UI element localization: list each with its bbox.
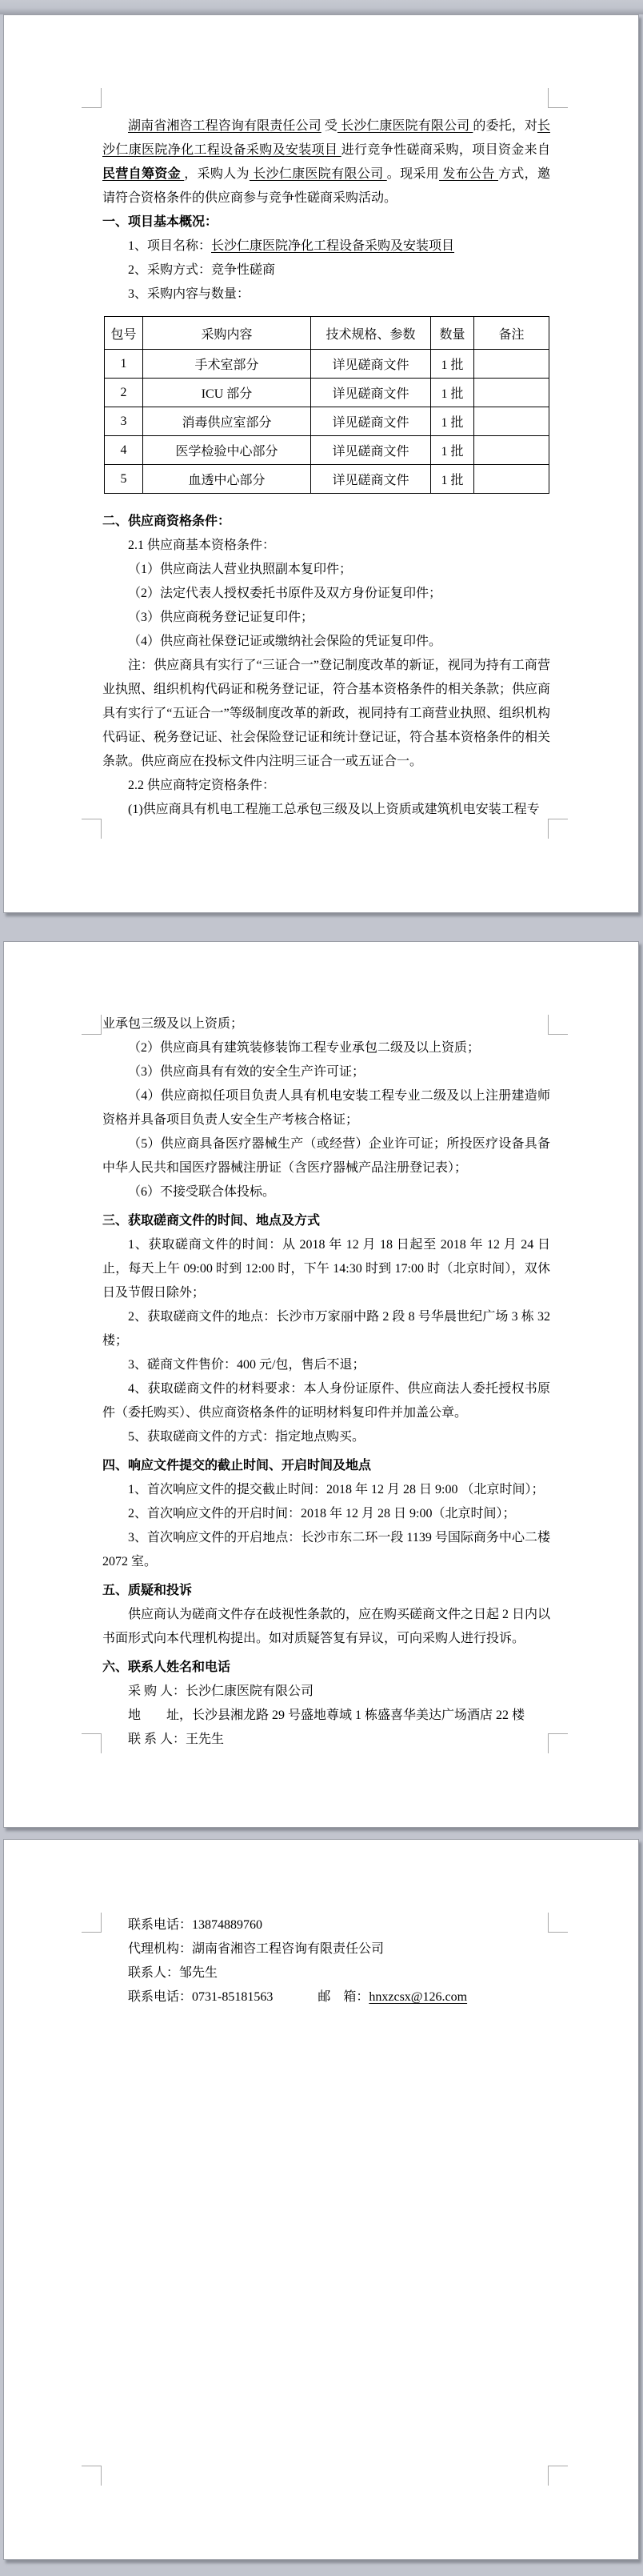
project-name-line: 1、项目名称：长沙仁康医院净化工程设备采购及安装项目: [102, 234, 550, 258]
specific-qualification-item: (1)供应商具有机电工程施工总承包三级及以上资质或建筑机电安装工程专: [102, 798, 550, 822]
section-heading-4: 四、响应文件提交的截止时间、开启时间及地点: [102, 1454, 550, 1478]
cell-package: 3: [105, 407, 143, 436]
procurement-content-line: 3、采购内容与数量：: [102, 282, 550, 306]
purchaser-name: 长沙仁康医院有限公司: [337, 119, 473, 133]
table-row: 2 ICU 部分 详见磋商文件 1 批: [105, 379, 549, 407]
cell-content: 消毒供应室部分: [143, 407, 311, 436]
cell-spec: 详见磋商文件: [311, 465, 431, 494]
document-place-item: 2、获取磋商文件的地点：长沙市万家丽中路 2 段 8 号华晨世纪广场 3 栋 3…: [102, 1305, 550, 1353]
margin-crop-mark: [82, 1733, 102, 1753]
cell-package: 5: [105, 465, 143, 494]
cell-remark: [474, 350, 549, 379]
cell-content: 医学检验中心部分: [143, 436, 311, 465]
specific-qualification-item: （5）供应商具备医疗器械生产（或经营）企业许可证；所投医疗设备具备中华人民共和国…: [102, 1132, 550, 1180]
margin-crop-mark: [548, 2466, 568, 2486]
cell-qty: 1 批: [431, 407, 474, 436]
document-price-item: 3、磋商文件售价：400 元/包，售后不退；: [102, 1353, 550, 1377]
intro-text: 的委托，对: [473, 119, 537, 133]
cell-qty: 1 批: [431, 465, 474, 494]
margin-crop-mark: [548, 1015, 568, 1035]
cell-package: 2: [105, 379, 143, 407]
procurement-method-line: 2、采购方式：竞争性磋商: [102, 258, 550, 282]
document-method-item: 5、获取磋商文件的方式：指定地点购买。: [102, 1425, 550, 1449]
intro-text: 。现采用: [387, 167, 439, 181]
basic-qualification-item: （2）法定代表人授权委托书原件及双方身份证复印件；: [102, 582, 550, 606]
cell-remark: [474, 379, 549, 407]
submission-deadline-item: 1、首次响应文件的提交截止时间：2018 年 12 月 28 日 9:00 （北…: [102, 1478, 550, 1502]
specific-qualification-item: （6）不接受联合体投标。: [102, 1180, 550, 1204]
table-row: 1 手术室部分 详见磋商文件 1 批: [105, 350, 549, 379]
opening-place-item: 3、首次响应文件的开启地点：长沙市东二环一段 1139 号国际商务中心二楼 20…: [102, 1526, 550, 1574]
cell-spec: 详见磋商文件: [311, 379, 431, 407]
agency-name: 湖南省湘咨工程咨询有限责任公司: [128, 119, 321, 133]
section-heading-6: 六、联系人姓名和电话: [102, 1656, 550, 1680]
cell-spec: 详见磋商文件: [311, 350, 431, 379]
margin-crop-mark: [82, 1913, 102, 1933]
table-row: 4 医学检验中心部分 详见磋商文件 1 批: [105, 436, 549, 465]
cell-content: ICU 部分: [143, 379, 311, 407]
email-label: 邮 箱：: [318, 1990, 369, 2004]
cell-content: 血透中心部分: [143, 465, 311, 494]
margin-crop-mark: [548, 819, 568, 839]
specific-qualification-item: （3）供应商具有有效的安全生产许可证；: [102, 1060, 550, 1084]
cell-remark: [474, 436, 549, 465]
specific-qualification-title: 2.2 供应商特定资格条件：: [102, 774, 550, 798]
opening-time-item: 2、首次响应文件的开启时间：2018 年 12 月 28 日 9:00（北京时间…: [102, 1502, 550, 1526]
basic-qualification-item: （4）供应商社保登记证或缴纳社会保险的凭证复印件。: [102, 630, 550, 654]
margin-crop-mark: [548, 88, 568, 108]
cell-qty: 1 批: [431, 350, 474, 379]
cell-spec: 详见磋商文件: [311, 407, 431, 436]
email-address: hnxzcsx@126.com: [369, 1990, 467, 2004]
margin-crop-mark: [82, 2466, 102, 2486]
col-header-spec: 技术规格、参数: [311, 317, 431, 350]
page-3: 联系电话：13874889760 代理机构：湖南省湘咨工程咨询有限责任公司 联系…: [3, 1839, 639, 2560]
cell-remark: [474, 407, 549, 436]
margin-crop-mark: [82, 819, 102, 839]
purchaser-name: 长沙仁康医院有限公司: [250, 167, 387, 181]
basic-qualification-item: （1）供应商法人营业执照副本复印件；: [102, 558, 550, 582]
table-row: 5 血透中心部分 详见磋商文件 1 批: [105, 465, 549, 494]
document-material-item: 4、获取磋商文件的材料要求：本人身份证原件、供应商法人委托授权书原件（委托购买）…: [102, 1377, 550, 1425]
margin-crop-mark: [82, 1015, 102, 1035]
table-row: 3 消毒供应室部分 详见磋商文件 1 批: [105, 407, 549, 436]
page-2: 业承包三级及以上资质； （2）供应商具有建筑装修装饰工程专业承包二级及以上资质；…: [3, 941, 639, 1828]
margin-crop-mark: [548, 1733, 568, 1753]
col-header-qty: 数量: [431, 317, 474, 350]
section-heading-3: 三、获取磋商文件的时间、地点及方式: [102, 1209, 550, 1233]
intro-paragraph: 湖南省湘咨工程咨询有限责任公司 受 长沙仁康医院有限公司 的委托，对长沙仁康医院…: [102, 114, 550, 210]
cell-qty: 1 批: [431, 436, 474, 465]
cell-remark: [474, 465, 549, 494]
purchaser-line: 采 购 人：长沙仁康医院有限公司: [102, 1680, 550, 1704]
agent-phone: 联系电话：0731-85181563: [128, 1990, 273, 2004]
col-header-package: 包号: [105, 317, 143, 350]
purchaser-address-line: 地 址，长沙县湘龙路 29 号盛地尊域 1 栋盛喜华美达广场酒店 22 楼: [102, 1704, 550, 1728]
specific-qualification-item-continued: 业承包三级及以上资质；: [102, 1012, 550, 1036]
col-header-content: 采购内容: [143, 317, 311, 350]
intro-text: 受: [321, 119, 337, 133]
section-heading-1: 一、项目基本概况：: [102, 210, 550, 234]
intro-text: ，采购人为: [184, 167, 250, 181]
project-name-label: 1、项目名称：: [128, 239, 211, 253]
page-1: 湖南省湘咨工程咨询有限责任公司 受 长沙仁康医院有限公司 的委托，对长沙仁康医院…: [3, 14, 639, 913]
project-name-value: 长沙仁康医院净化工程设备采购及安装项目: [211, 239, 454, 253]
cell-package: 4: [105, 436, 143, 465]
cell-package: 1: [105, 350, 143, 379]
margin-crop-mark: [548, 1913, 568, 1933]
document-time-item: 1、获取磋商文件的时间：从 2018 年 12 月 18 日起至 2018 年 …: [102, 1233, 550, 1305]
cell-spec: 详见磋商文件: [311, 436, 431, 465]
intro-text: 进行竞争性磋商采购，项目资金来自: [341, 143, 550, 157]
margin-crop-mark: [82, 88, 102, 108]
basic-qualification-title: 2.1 供应商基本资格条件：: [102, 534, 550, 558]
funding-source: 民营自筹资金: [102, 167, 184, 181]
complaint-paragraph: 供应商认为磋商文件存在歧视性条款的，应在购买磋商文件之日起 2 日内以书面形式向…: [102, 1603, 550, 1651]
section-heading-2: 二、供应商资格条件：: [102, 510, 550, 534]
col-header-remark: 备注: [474, 317, 549, 350]
viewport-top-shadow: [0, 0, 643, 14]
specific-qualification-item: （2）供应商具有建筑装修装饰工程专业承包二级及以上资质；: [102, 1036, 550, 1060]
announcement-method: 发布公告: [439, 167, 498, 181]
agent-line: 代理机构：湖南省湘咨工程咨询有限责任公司: [102, 1937, 550, 1961]
purchaser-phone-line: 联系电话：13874889760: [102, 1913, 550, 1937]
specific-qualification-item: （4）供应商拟任项目负责人具有机电安装工程专业二级及以上注册建造师资格并具备项目…: [102, 1084, 550, 1132]
procurement-table: 包号 采购内容 技术规格、参数 数量 备注 1 手术室部分 详见磋商文件 1 批…: [104, 316, 549, 494]
cell-content: 手术室部分: [143, 350, 311, 379]
note-paragraph: 注：供应商具有实行了“三证合一”登记制度改革的新证，视同为持有工商营业执照、组织…: [102, 654, 550, 774]
section-heading-5: 五、质疑和投诉: [102, 1579, 550, 1603]
basic-qualification-item: （3）供应商税务登记证复印件；: [102, 606, 550, 630]
agent-contact-line: 联系人：邹先生: [102, 1961, 550, 1985]
cell-qty: 1 批: [431, 379, 474, 407]
purchaser-contact-line: 联 系 人：王先生: [102, 1728, 550, 1752]
agent-phone-email-line: 联系电话：0731-85181563邮 箱：hnxzcsx@126.com: [102, 1985, 550, 2009]
table-header-row: 包号 采购内容 技术规格、参数 数量 备注: [105, 317, 549, 350]
